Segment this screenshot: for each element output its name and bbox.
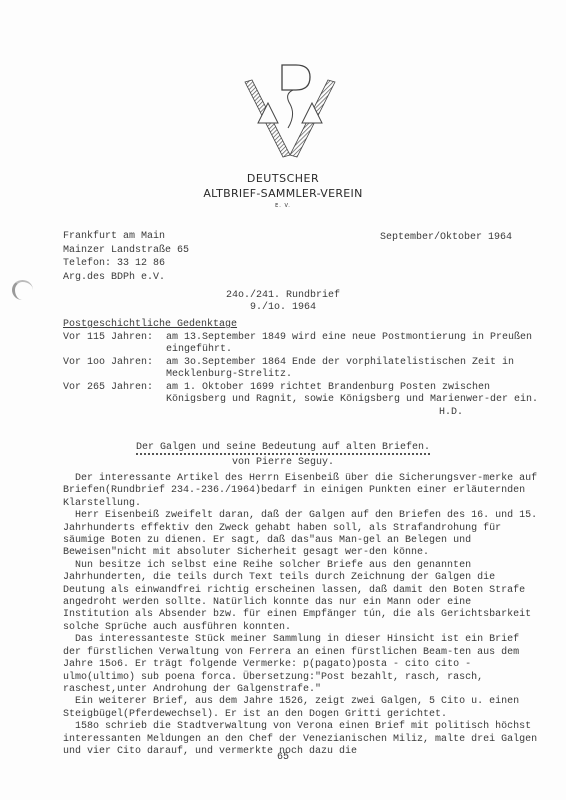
entry-label: Vor 1oo Jahren: [63, 357, 166, 382]
dasv-logo-icon [240, 60, 340, 170]
rundbrief-date: 9./1o. 1964 [0, 302, 566, 314]
org-name-line3: E. V. [0, 203, 566, 209]
article-title: Der Galgen und seine Bedeutung auf alten… [0, 442, 566, 453]
article-body: Der interessante Artikel des Herrn Eisen… [63, 473, 538, 758]
paragraph: Herr Eisenbeiß zweifelt daran, daß der G… [63, 510, 538, 560]
entry-text: am 1. Oktober 1699 richtet Brandenburg P… [166, 382, 543, 407]
address-line: Frankfurt am Main [63, 230, 189, 244]
letter-page: DEUTSCHER ALTBRIEF-SAMMLER-VEREIN E. V. … [0, 0, 566, 800]
letter-date: September/Oktober 1964 [380, 232, 512, 243]
gedenktag-entry: Vor 115 Jahren: am 13.September 1849 wir… [63, 332, 543, 357]
address-line: Arg.des BDPh e.V. [63, 271, 189, 285]
entry-label: Vor 115 Jahren: [63, 332, 166, 357]
paragraph: Ein weiterer Brief, aus dem Jahre 1526, … [63, 696, 538, 721]
paragraph: Nun besitze ich selbst eine Reihe solche… [63, 560, 538, 634]
entry-text: am 3o.September 1864 Ende der vorphilate… [166, 357, 543, 382]
sender-address: Frankfurt am Main Mainzer Landstraße 65 … [63, 230, 189, 284]
address-line: Mainzer Landstraße 65 [63, 244, 189, 258]
gedenktag-entry: Vor 265 Jahren: am 1. Oktober 1699 richt… [63, 382, 543, 407]
rundbrief-header: 24o./241. Rundbrief 9./1o. 1964 [0, 290, 566, 314]
entry-text: am 13.September 1849 wird eine neue Post… [166, 332, 543, 357]
signature-initials: H.D. [63, 407, 543, 420]
org-name-line1: DEUTSCHER [0, 172, 566, 185]
gedenktag-entry: Vor 1oo Jahren: am 3o.September 1864 End… [63, 357, 543, 382]
paragraph: Das interessanteste Stück meiner Sammlun… [63, 634, 538, 696]
org-name-line2: ALTBRIEF-SAMMLER-VEREIN [0, 187, 566, 200]
paragraph: Der interessante Artikel des Herrn Eisen… [63, 473, 538, 510]
article-title-text: Der Galgen und seine Bedeutung auf alten… [136, 442, 430, 455]
page-number: 65 [0, 752, 566, 763]
section-heading: Postgeschichtliche Gedenktage [63, 319, 543, 332]
entry-label: Vor 265 Jahren: [63, 382, 166, 407]
article-author: von Pierre Seguy. [0, 457, 566, 468]
gedenktage-section: Postgeschichtliche Gedenktage Vor 115 Ja… [63, 319, 543, 419]
address-line: Telefon: 33 12 86 [63, 257, 189, 271]
rundbrief-number: 24o./241. Rundbrief [0, 290, 566, 302]
